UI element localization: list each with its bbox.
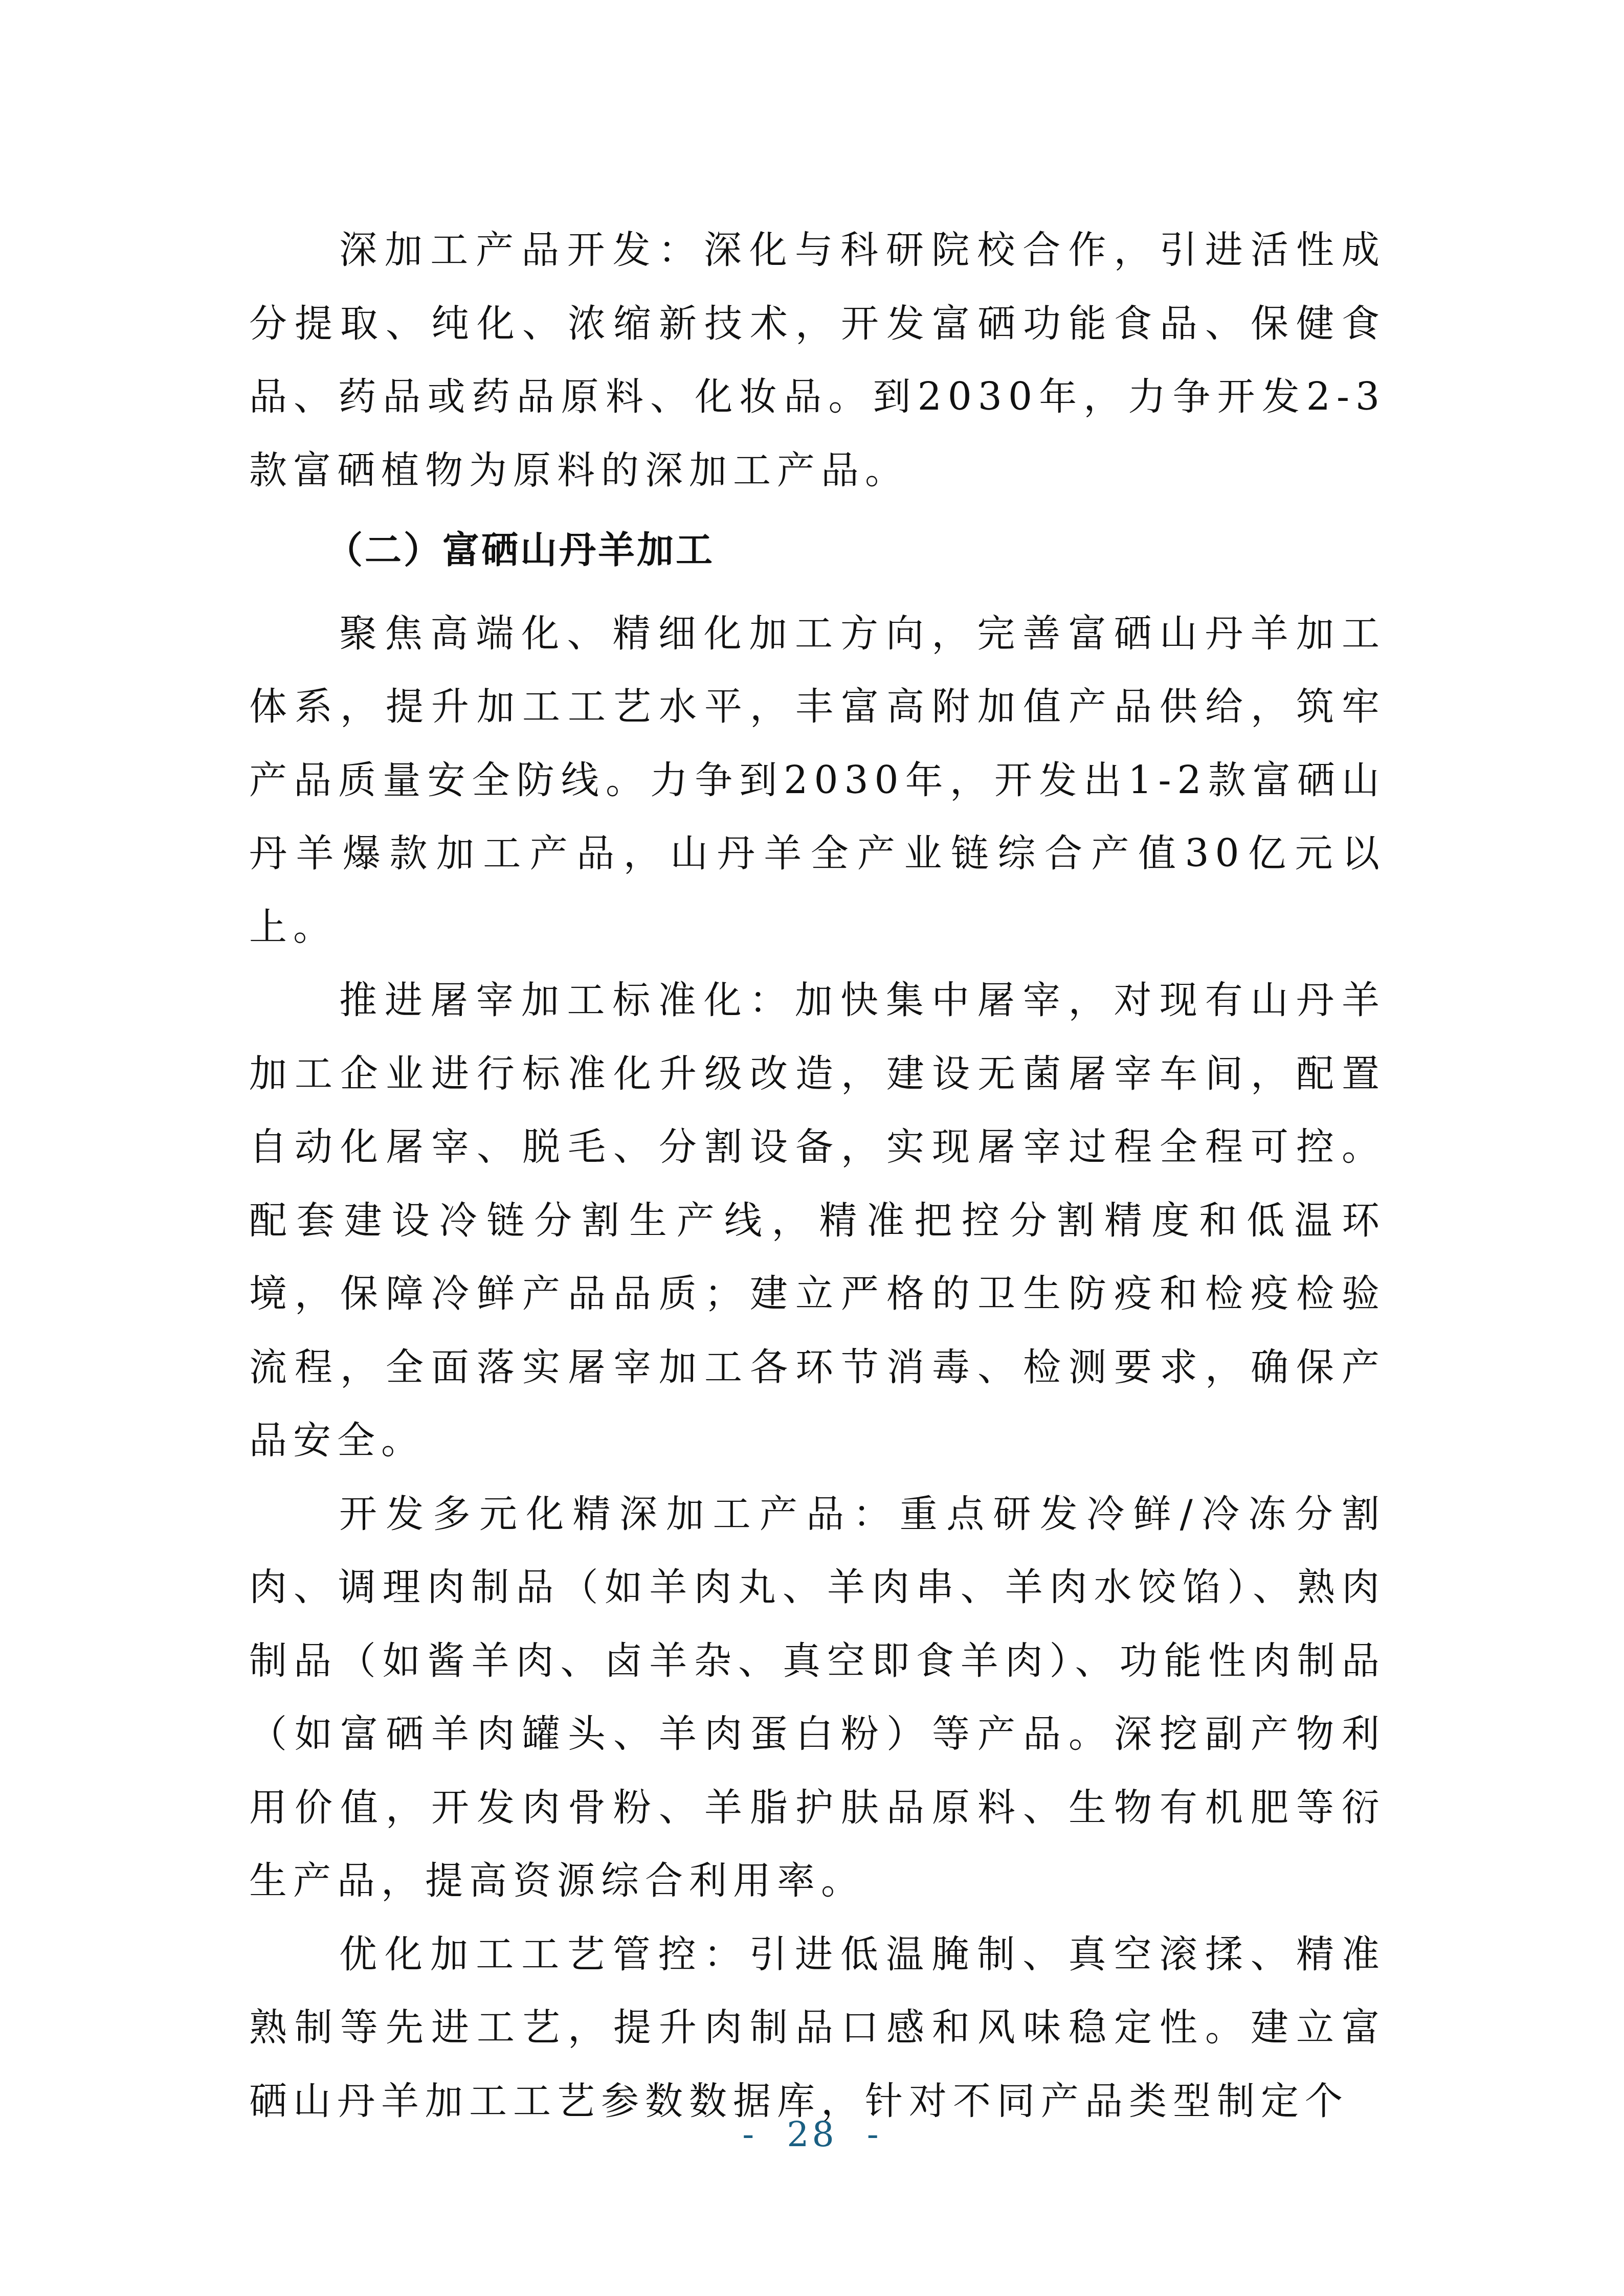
paragraph-diversified-products: 开发多元化精深加工产品：重点研发冷鲜/冷冻分割肉、调理肉制品（如羊肉丸、羊肉串、… [249,1478,1386,1918]
paragraph-deep-processing-development: 深加工产品开发：深化与科研院校合作，引进活性成分提取、纯化、浓缩新技术，开发富硒… [249,214,1386,507]
section-heading: （二）富硒山丹羊加工 [249,507,1386,597]
paragraph-slaughter-standardization: 推进屠宰加工标准化：加快集中屠宰，对现有山丹羊加工企业进行标准化升级改造，建设无… [249,964,1386,1478]
page-number: 28 [787,2114,837,2155]
page-number-dash-left: - [742,2114,757,2155]
page-number-dash-right: - [867,2114,882,2155]
page-number-footer: -28- [0,2114,1624,2155]
document-body: 深加工产品开发：深化与科研院校合作，引进活性成分提取、纯化、浓缩新技术，开发富硒… [249,214,1386,2138]
paragraph-sheep-processing-overview: 聚焦高端化、精细化加工方向，完善富硒山丹羊加工体系，提升加工工艺水平，丰富高附加… [249,597,1386,964]
paragraph-process-control: 优化加工工艺管控：引进低温腌制、真空滚揉、精准熟制等先进工艺，提升肉制品口感和风… [249,1918,1386,2139]
